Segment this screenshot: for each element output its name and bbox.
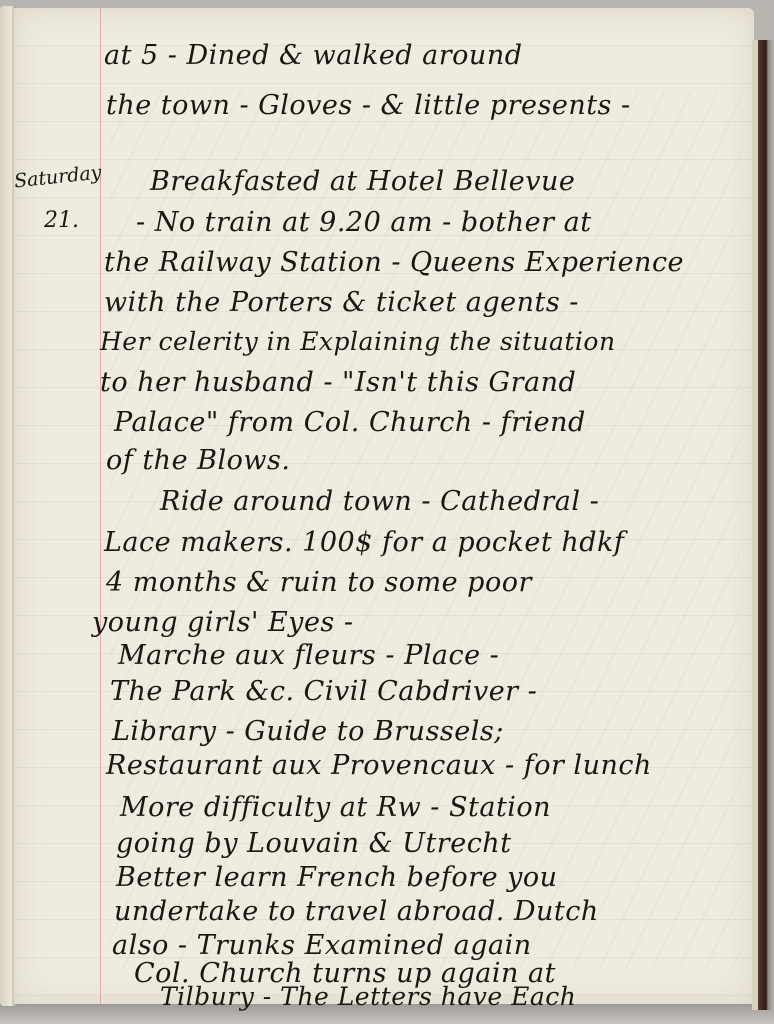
- margin-date: 21.: [44, 208, 79, 233]
- text-line: Breakfasted at Hotel Bellevue: [150, 166, 575, 197]
- text-line: to her husband - "Isn't this Grand: [100, 367, 576, 398]
- text-line: Marche aux fleurs - Place -: [118, 640, 499, 671]
- text-line: undertake to travel abroad. Dutch: [114, 896, 599, 927]
- margin-day: Saturday: [13, 161, 102, 192]
- text-line: the town - Gloves - & little presents -: [106, 90, 631, 121]
- text-line: Library - Guide to Brussels;: [112, 716, 504, 747]
- text-line: going by Louvain & Utrecht: [116, 828, 512, 859]
- journal-entry: Saturday 21. at 5 - Dined & walked aroun…: [0, 0, 774, 1024]
- text-line: Restaurant aux Provencaux - for lunch: [106, 750, 652, 781]
- text-line: with the Porters & ticket agents -: [104, 287, 579, 318]
- text-line: Lace makers. 100$ for a pocket hdkf: [104, 527, 624, 558]
- text-line: The Park &c. Civil Cabdriver -: [110, 676, 537, 707]
- text-line: - No train at 9.20 am - bother at: [136, 207, 592, 238]
- text-line: Palace" from Col. Church - friend: [114, 407, 586, 438]
- text-line: 4 months & ruin to some poor: [106, 567, 532, 598]
- text-line: also - Trunks Examined again: [112, 930, 532, 961]
- text-line: More difficulty at Rw - Station: [120, 792, 551, 823]
- text-line: Ride around town - Cathedral -: [160, 486, 599, 517]
- text-line: Tilbury - The Letters have Each: [160, 982, 576, 1011]
- text-line: Better learn French before you: [116, 862, 558, 893]
- text-line: the Railway Station - Queens Experience: [104, 247, 684, 278]
- text-line: young girls' Eyes -: [92, 607, 353, 638]
- text-line: Her celerity in Explaining the situation: [100, 327, 616, 356]
- text-line: of the Blows.: [106, 445, 290, 476]
- text-line: at 5 - Dined & walked around: [104, 40, 523, 71]
